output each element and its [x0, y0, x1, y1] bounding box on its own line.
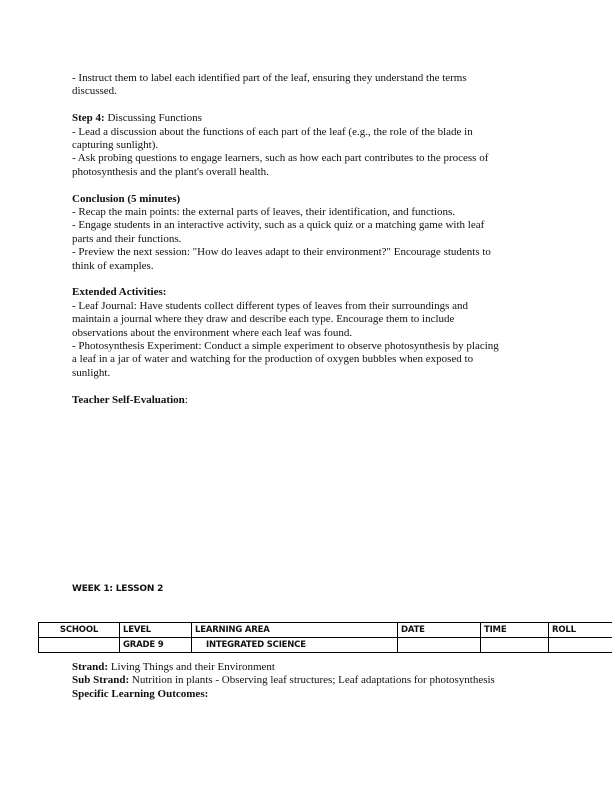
- header-time: TIME: [481, 623, 549, 638]
- cell-level: GRADE 9: [120, 638, 192, 653]
- strand-line: Strand: Living Things and their Environm…: [72, 661, 552, 674]
- cell-roll: [549, 638, 612, 653]
- extended-line: maintain a journal where they draw and d…: [72, 313, 552, 326]
- table-header-row: SCHOOL LEVEL LEARNING AREA DATE TIME ROL…: [39, 623, 612, 638]
- extended-line: observations about the environment where…: [72, 327, 552, 340]
- cell-time: [481, 638, 549, 653]
- extended-line: - Leaf Journal: Have students collect di…: [72, 300, 552, 313]
- cell-school: [39, 638, 120, 653]
- conclusion-heading: Conclusion (5 minutes): [72, 193, 552, 206]
- extended-line: sunlight.: [72, 367, 552, 380]
- self-evaluation-heading: Teacher Self-Evaluation:: [72, 394, 552, 407]
- sub-strand-value: Nutrition in plants - Observing leaf str…: [129, 674, 495, 686]
- header-date: DATE: [398, 623, 481, 638]
- extended-line: - Photosynthesis Experiment: Conduct a s…: [72, 340, 552, 353]
- conclusion-line: parts and their functions.: [72, 233, 552, 246]
- strand-label: Strand:: [72, 661, 108, 673]
- sub-strand-line: Sub Strand: Nutrition in plants - Observ…: [72, 674, 552, 687]
- intro-line: - Instruct them to label each identified…: [72, 72, 552, 85]
- extended-heading: Extended Activities:: [72, 286, 552, 299]
- step4-heading: Step 4: Discussing Functions: [72, 112, 552, 125]
- header-roll: ROLL: [549, 623, 612, 638]
- sub-strand-label: Sub Strand:: [72, 674, 129, 686]
- conclusion-line: - Preview the next session: "How do leav…: [72, 246, 552, 259]
- step4-line: capturing sunlight).: [72, 139, 552, 152]
- conclusion-line: - Recap the main points: the external pa…: [72, 206, 552, 219]
- document-page: - Instruct them to label each identified…: [0, 0, 612, 792]
- outcomes-heading: Specific Learning Outcomes:: [72, 688, 552, 701]
- step4-title: Discussing Functions: [105, 112, 202, 124]
- step4-line: - Ask probing questions to engage learne…: [72, 152, 552, 165]
- intro-line: discussed.: [72, 85, 552, 98]
- cell-learning-area: INTEGRATED SCIENCE: [192, 638, 398, 653]
- step4-line: - Lead a discussion about the functions …: [72, 126, 552, 139]
- header-learning-area: LEARNING AREA: [192, 623, 398, 638]
- week-lesson-title: WEEK 1: LESSON 2: [72, 584, 163, 594]
- cell-date: [398, 638, 481, 653]
- lesson-info-table: SCHOOL LEVEL LEARNING AREA DATE TIME ROL…: [38, 622, 612, 653]
- self-evaluation-label: Teacher Self-Evaluation: [72, 394, 185, 406]
- lesson-body-text: - Instruct them to label each identified…: [72, 72, 552, 407]
- strand-block: Strand: Living Things and their Environm…: [72, 661, 552, 701]
- table-row: GRADE 9 INTEGRATED SCIENCE: [39, 638, 612, 653]
- step4-line: photosynthesis and the plant's overall h…: [72, 166, 552, 179]
- self-evaluation-colon: :: [185, 394, 188, 406]
- strand-value: Living Things and their Environment: [108, 661, 275, 673]
- header-level: LEVEL: [120, 623, 192, 638]
- step4-label: Step 4:: [72, 112, 105, 124]
- header-school: SCHOOL: [39, 623, 120, 638]
- conclusion-line: - Engage students in an interactive acti…: [72, 219, 552, 232]
- conclusion-line: think of examples.: [72, 260, 552, 273]
- extended-line: a leaf in a jar of water and watching fo…: [72, 353, 552, 366]
